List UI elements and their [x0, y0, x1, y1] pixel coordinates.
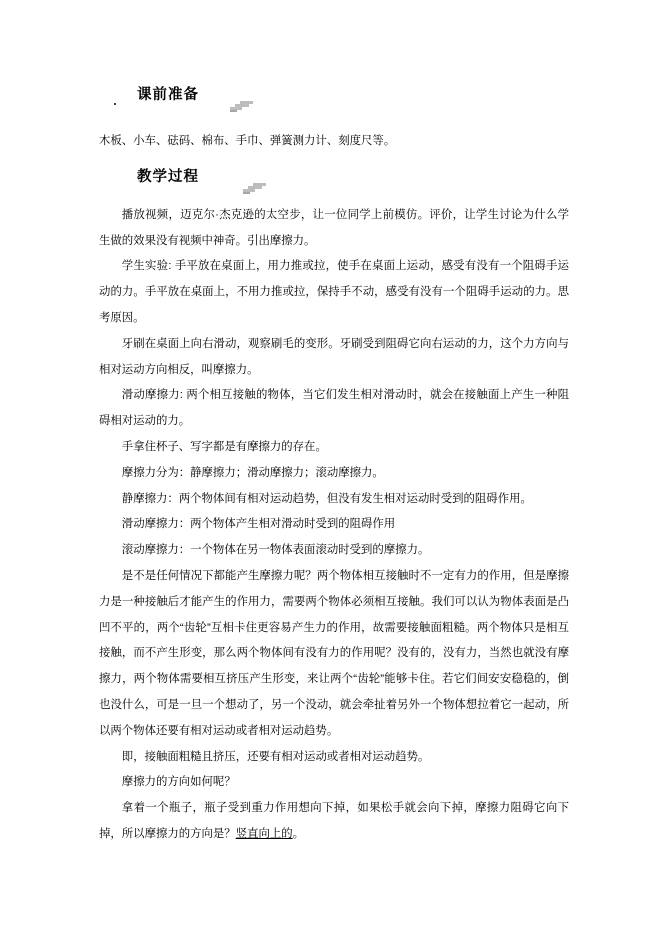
body-paragraph: 滑动摩擦力：两个物体产生相对滑动时受到的阻碍作用: [99, 512, 569, 538]
text-run: 静摩擦力：两个物体间有相对运动趋势，但没有发生相对运动时受到的阻碍作用。: [122, 493, 532, 505]
text-run: 牙刷在桌面上向右滑动，观察刷毛的变形。牙刷受到阻碍它向右运动的力，这个力方向与相…: [99, 338, 569, 376]
body-paragraph: 摩擦力的方向如何呢？: [99, 770, 569, 796]
text-run: 摩擦力的方向如何呢？: [122, 776, 236, 788]
text-run: 是不是任何情况下都能产生摩擦力呢？两个物体相互接触时不一定有力的作用，但是摩擦力…: [99, 570, 569, 737]
body-paragraph: 摩擦力分为：静摩擦力；滑动摩擦力；滚动摩擦力。: [99, 461, 569, 487]
text-run: 播放视频，迈克尔·杰克逊的太空步，让一位同学上前模仿。评价，让学生讨论为什么学生…: [99, 209, 569, 247]
swoosh-arrow-icon: [243, 183, 267, 197]
swoosh-arrow-icon: [230, 101, 254, 115]
body-paragraph: 即，接触面粗糙且挤压，还要有相对运动或者相对运动趋势。: [99, 745, 569, 771]
text-run: 学生实验: 手平放在桌面上，用力推或拉，使手在桌面上运动，感受有没有一个阻碍手运…: [99, 260, 569, 324]
document-page: 课前准备木板、小车、砝码、棉布、手巾、弹簧测力计、刻度尺等。教学过程播放视频，迈…: [0, 0, 661, 936]
text-run: 即，接触面粗糙且挤压，还要有相对运动或者相对运动趋势。: [122, 751, 430, 763]
section-heading: 教学过程: [137, 168, 569, 186]
anchor-dot: [114, 103, 116, 105]
section-heading-text: 教学过程: [137, 169, 199, 185]
text-run: 竖直向上的: [236, 828, 293, 840]
body-paragraph: 手拿住杯子、写字都是有摩擦力的存在。: [99, 435, 569, 461]
text-run: 摩擦力分为：静摩擦力；滑动摩擦力；滚动摩擦力。: [122, 467, 384, 479]
body-paragraph: 拿着一个瓶子，瓶子受到重力作用想向下掉，如果松手就会向下掉，摩擦力阻碍它向下掉，…: [99, 796, 569, 848]
section-heading-text: 课前准备: [137, 87, 199, 103]
body-paragraph: 牙刷在桌面上向右滑动，观察刷毛的变形。牙刷受到阻碍它向右运动的力，这个力方向与相…: [99, 332, 569, 384]
text-run: 木板、小车、砝码、棉布、手巾、弹簧测力计、刻度尺等。: [99, 135, 395, 147]
text-run: 滚动摩擦力：一个物体在另一物体表面滚动时受到的摩擦力。: [122, 544, 430, 556]
text-run: 拿着一个瓶子，瓶子受到重力作用想向下掉，如果松手就会向下掉，摩擦力阻碍它向下掉，…: [99, 802, 569, 840]
body-paragraph: 滚动摩擦力：一个物体在另一物体表面滚动时受到的摩擦力。: [99, 538, 569, 564]
body-paragraph: 播放视频，迈克尔·杰克逊的太空步，让一位同学上前模仿。评价，让学生讨论为什么学生…: [99, 203, 569, 255]
body-paragraph: 木板、小车、砝码、棉布、手巾、弹簧测力计、刻度尺等。: [99, 129, 569, 155]
body-paragraph: 滑动摩擦力: 两个相互接触的物体，当它们发生相对滑动时，就会在接触面上产生一种阻…: [99, 383, 569, 435]
body-paragraph: 是不是任何情况下都能产生摩擦力呢？两个物体相互接触时不一定有力的作用，但是摩擦力…: [99, 564, 569, 745]
text-run: 。: [293, 828, 304, 840]
text-run: 手拿住杯子、写字都是有摩擦力的存在。: [122, 441, 327, 453]
body-paragraph: 静摩擦力：两个物体间有相对运动趋势，但没有发生相对运动时受到的阻碍作用。: [99, 487, 569, 513]
body-paragraph: 学生实验: 手平放在桌面上，用力推或拉，使手在桌面上运动，感受有没有一个阻碍手运…: [99, 254, 569, 331]
text-run: 滑动摩擦力：两个物体产生相对滑动时受到的阻碍作用: [122, 518, 395, 530]
text-run: 滑动摩擦力: 两个相互接触的物体，当它们发生相对滑动时，就会在接触面上产生一种阻…: [99, 389, 569, 427]
document-content: 课前准备木板、小车、砝码、棉布、手巾、弹簧测力计、刻度尺等。教学过程播放视频，迈…: [99, 86, 569, 848]
section-heading: 课前准备: [137, 86, 569, 104]
